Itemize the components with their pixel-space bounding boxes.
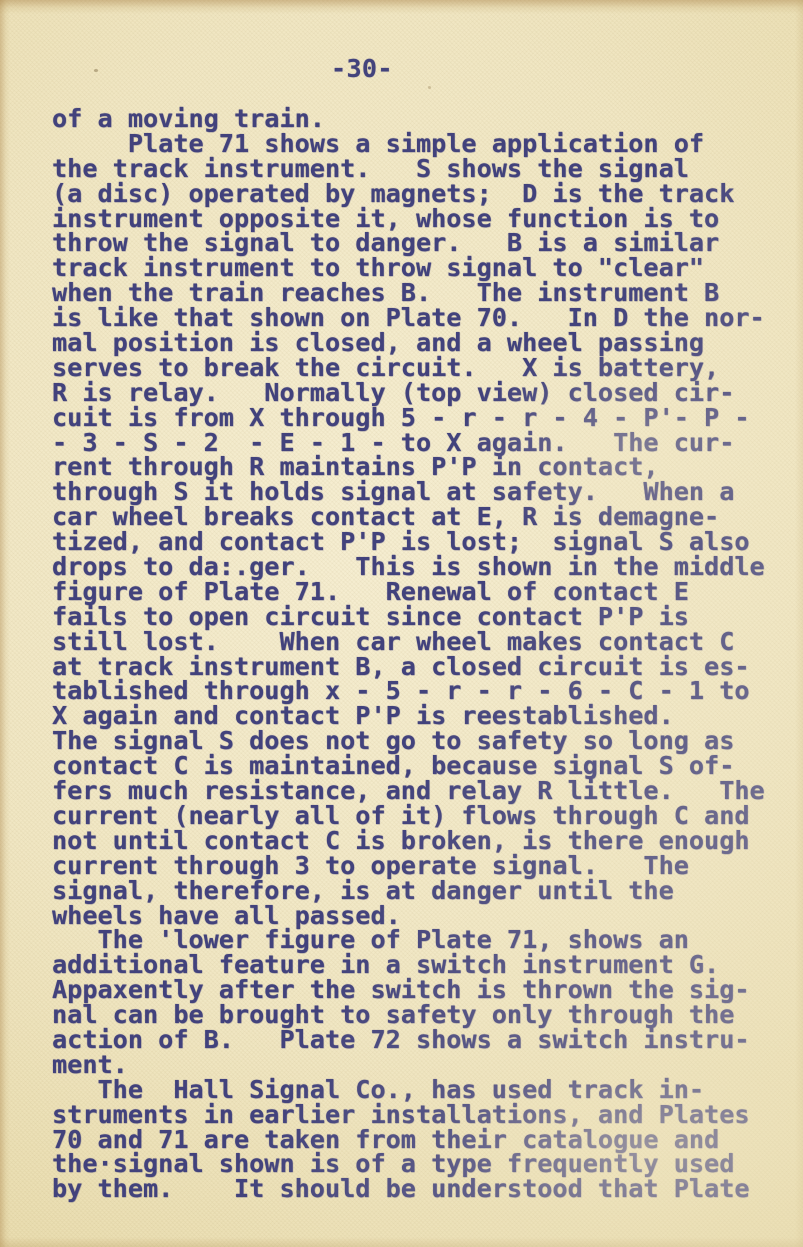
text-line: (a disc) operated by magnets; D is the t… (52, 182, 782, 207)
text-line: signal, therefore, is at danger until th… (52, 879, 782, 904)
text-line: the track instrument. S shows the signal (52, 157, 782, 182)
page-edge-right (795, 0, 803, 1247)
text-line: action of B. Plate 72 shows a switch ins… (52, 1028, 782, 1053)
text-line: still lost. When car wheel makes contact… (52, 630, 782, 655)
page-edge-top (0, 0, 803, 14)
paper-speck (94, 69, 98, 72)
paper-speck (428, 86, 431, 89)
text-line: struments in earlier installations, and … (52, 1103, 782, 1128)
text-line: The Hall Signal Co., has used track in- (52, 1078, 782, 1103)
text-line: cuit is from X through 5 - r - r - 4 - P… (52, 406, 782, 431)
text-line: ment. (52, 1053, 782, 1078)
page-edge-bottom (0, 1237, 803, 1247)
page-number: -30- (331, 54, 393, 83)
text-line: R is relay. Normally (top view) closed c… (52, 381, 782, 406)
page-edge-left (0, 0, 10, 1247)
scanned-document-page: -30- of a moving train. Plate 71 shows a… (0, 0, 803, 1247)
text-line: current through 3 to operate signal. The (52, 854, 782, 879)
text-line: fails to open circuit since contact P'P … (52, 605, 782, 630)
text-line: by them. It should be understood that Pl… (52, 1177, 782, 1202)
typewritten-text-block: of a moving train. Plate 71 shows a simp… (52, 107, 782, 1202)
text-line: not until contact C is broken, is there … (52, 829, 782, 854)
